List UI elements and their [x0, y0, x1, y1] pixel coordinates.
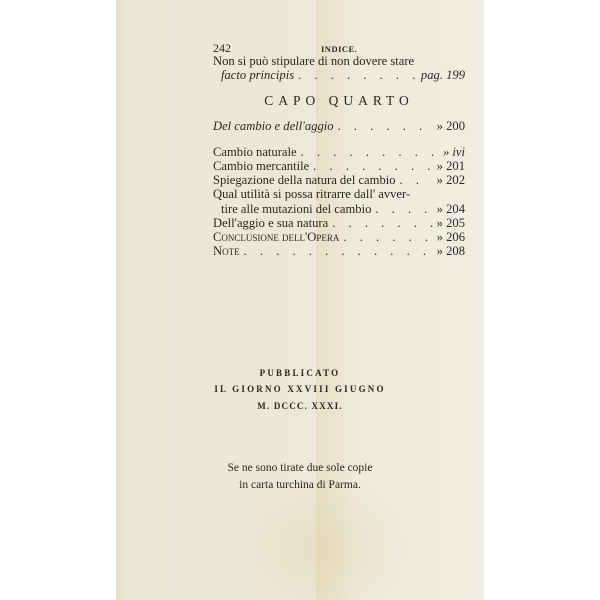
colophon-line-2: IL GIORNO XXVIII GIUGNO — [116, 384, 484, 394]
chapter-title: CAPO QUARTO — [213, 94, 465, 108]
toc-entry: Note . . . . . . . . . . . . . . . . . .… — [213, 244, 465, 258]
toc-entry-prev-cont: facto principis . . . . . . . . . . . . … — [213, 68, 465, 82]
colophon-line-3: M. DCCC. XXXI. — [116, 401, 484, 411]
toc-entry-text: Qual utilità si possa ritrarre dall' avv… — [213, 187, 410, 201]
toc-entry-text: facto principis — [221, 68, 294, 82]
chapter-subtitle: Del cambio e dell'aggio — [213, 119, 334, 133]
leader-dots: . . . . . . . . . . . . . . . . . . . . … — [309, 159, 432, 173]
toc-entry-page: » 204 — [433, 202, 465, 216]
index-content: 242 INDICE. Non si può stipulare di non … — [213, 40, 465, 258]
toc-entry: Cambio naturale . . . . . . . . . . . . … — [213, 145, 465, 159]
toc-entry-text: Dell'aggio e sua natura — [213, 216, 328, 230]
leader-dots: . . . . . . . . . . . . . . . . . . . . … — [371, 202, 432, 216]
toc-entry-page: » ivi — [439, 145, 465, 159]
running-head: 242 INDICE. — [213, 40, 465, 54]
toc-entry-page: » 200 — [433, 119, 465, 133]
toc-entry: Dell'aggio e sua natura . . . . . . . . … — [213, 216, 465, 230]
toc-entry-text: Spiegazione della natura del cambio — [213, 173, 396, 187]
toc-entry-text: tire alle mutazioni del cambio — [221, 202, 371, 216]
toc-entry-page: pag. 199 — [417, 68, 465, 82]
toc-entry-text: Cambio mercantile — [213, 159, 309, 173]
book-page: 242 INDICE. Non si può stipulare di non … — [116, 0, 484, 600]
toc-entry: Cambio mercantile . . . . . . . . . . . … — [213, 159, 465, 173]
toc-entry-page: » 205 — [433, 216, 465, 230]
leader-dots: . . . . . . . . . . . . . . . . . . . . … — [334, 119, 433, 133]
toc-entry-cont: tire alle mutazioni del cambio . . . . .… — [213, 202, 465, 216]
leader-dots: . . . . . . . . . . . . . . . . . . . . … — [339, 230, 432, 244]
chapter-subtitle-row: Del cambio e dell'aggio . . . . . . . . … — [213, 119, 465, 133]
page-number: 242 — [213, 41, 231, 55]
toc-entry-text: Note — [213, 244, 240, 258]
toc-entry-page: » 202 — [433, 173, 465, 187]
toc-entry: Qual utilità si possa ritrarre dall' avv… — [213, 187, 465, 201]
printing-note-line-2: in carta turchina di Parma. — [116, 477, 484, 494]
printing-note-line-1: Se ne sono tirate due sole copie — [116, 460, 484, 477]
leader-dots: . . . . . . . . . . . . . . . . . . . . … — [396, 173, 433, 187]
toc-entry-text: Cambio naturale — [213, 145, 297, 159]
colophon-line-1: PUBBLICATO — [116, 368, 484, 378]
toc-entry-page: » 206 — [433, 230, 465, 244]
leader-dots: . . . . . . . . . . . . . . . . . . . . … — [297, 145, 439, 159]
toc-entry-text: Conclusione dell'Opera — [213, 230, 339, 244]
toc-entry-page: » 201 — [433, 159, 465, 173]
toc-entry-text: Non si può stipulare di non dovere stare — [213, 54, 414, 68]
leader-dots: . . . . . . . . . . . . . . . . . . . . … — [294, 68, 417, 82]
toc-entry: Conclusione dell'Opera . . . . . . . . .… — [213, 230, 465, 244]
leader-dots: . . . . . . . . . . . . . . . . . . . . … — [328, 216, 432, 230]
running-head-title: INDICE. — [321, 42, 357, 56]
toc-entry: Spiegazione della natura del cambio . . … — [213, 173, 465, 187]
leader-dots: . . . . . . . . . . . . . . . . . . . . … — [240, 244, 433, 258]
toc-entry-page: » 208 — [433, 244, 465, 258]
